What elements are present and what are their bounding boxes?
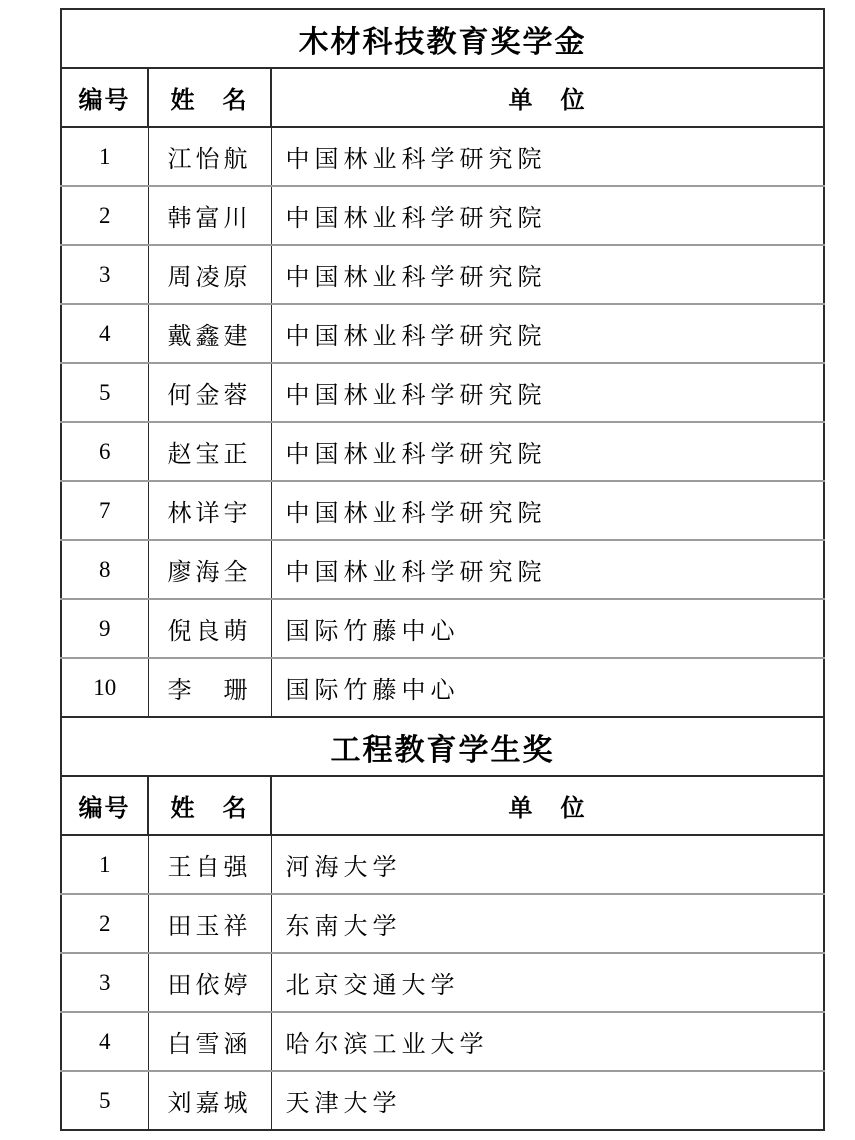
- cell-name: 白雪涵: [148, 1012, 271, 1071]
- cell-id: 1: [61, 835, 148, 894]
- column-header-row: 编号姓 名单 位: [61, 776, 824, 835]
- table-row: 1王自强河海大学: [61, 835, 824, 894]
- section-title-row: 木材科技教育奖学金: [61, 9, 824, 68]
- award-table-body: 木材科技教育奖学金编号姓 名单 位1江怡航中国林业科学研究院2韩富川中国林业科学…: [61, 9, 824, 1130]
- cell-name: 戴鑫建: [148, 304, 271, 363]
- column-header-name: 姓 名: [148, 776, 271, 835]
- cell-name: 田依婷: [148, 953, 271, 1012]
- cell-name: 刘嘉城: [148, 1071, 271, 1130]
- cell-unit: 中国林业科学研究院: [271, 422, 824, 481]
- section-title-row: 工程教育学生奖: [61, 717, 824, 776]
- cell-id: 2: [61, 186, 148, 245]
- cell-name: 王自强: [148, 835, 271, 894]
- cell-name: 林详宇: [148, 481, 271, 540]
- table-row: 5刘嘉城天津大学: [61, 1071, 824, 1130]
- table-row: 6赵宝正中国林业科学研究院: [61, 422, 824, 481]
- cell-unit: 国际竹藤中心: [271, 599, 824, 658]
- cell-name: 赵宝正: [148, 422, 271, 481]
- cell-id: 7: [61, 481, 148, 540]
- cell-name: 何金蓉: [148, 363, 271, 422]
- cell-id: 9: [61, 599, 148, 658]
- section-title: 工程教育学生奖: [61, 717, 824, 776]
- table-row: 7林详宇中国林业科学研究院: [61, 481, 824, 540]
- cell-id: 10: [61, 658, 148, 717]
- table-row: 8廖海全中国林业科学研究院: [61, 540, 824, 599]
- cell-unit: 河海大学: [271, 835, 824, 894]
- table-row: 4白雪涵哈尔滨工业大学: [61, 1012, 824, 1071]
- cell-unit: 中国林业科学研究院: [271, 127, 824, 186]
- cell-unit: 北京交通大学: [271, 953, 824, 1012]
- cell-name: 江怡航: [148, 127, 271, 186]
- table-row: 4戴鑫建中国林业科学研究院: [61, 304, 824, 363]
- cell-id: 5: [61, 1071, 148, 1130]
- cell-id: 3: [61, 245, 148, 304]
- cell-id: 6: [61, 422, 148, 481]
- column-header-row: 编号姓 名单 位: [61, 68, 824, 127]
- table-row: 10李 珊国际竹藤中心: [61, 658, 824, 717]
- cell-id: 3: [61, 953, 148, 1012]
- cell-unit: 中国林业科学研究院: [271, 186, 824, 245]
- cell-unit: 中国林业科学研究院: [271, 363, 824, 422]
- column-header-id: 编号: [61, 68, 148, 127]
- cell-name: 倪良萌: [148, 599, 271, 658]
- table-row: 1江怡航中国林业科学研究院: [61, 127, 824, 186]
- cell-unit: 哈尔滨工业大学: [271, 1012, 824, 1071]
- cell-name: 李 珊: [148, 658, 271, 717]
- section-title: 木材科技教育奖学金: [61, 9, 824, 68]
- table-row: 9倪良萌国际竹藤中心: [61, 599, 824, 658]
- cell-name: 韩富川: [148, 186, 271, 245]
- cell-id: 8: [61, 540, 148, 599]
- column-header-unit: 单 位: [271, 776, 824, 835]
- cell-unit: 中国林业科学研究院: [271, 540, 824, 599]
- table-row: 5何金蓉中国林业科学研究院: [61, 363, 824, 422]
- award-table: 木材科技教育奖学金编号姓 名单 位1江怡航中国林业科学研究院2韩富川中国林业科学…: [60, 8, 825, 1131]
- cell-unit: 国际竹藤中心: [271, 658, 824, 717]
- document-page: 木材科技教育奖学金编号姓 名单 位1江怡航中国林业科学研究院2韩富川中国林业科学…: [0, 0, 855, 1140]
- table-row: 2韩富川中国林业科学研究院: [61, 186, 824, 245]
- cell-id: 2: [61, 894, 148, 953]
- column-header-name: 姓 名: [148, 68, 271, 127]
- table-row: 3田依婷北京交通大学: [61, 953, 824, 1012]
- column-header-unit: 单 位: [271, 68, 824, 127]
- table-row: 2田玉祥东南大学: [61, 894, 824, 953]
- cell-unit: 中国林业科学研究院: [271, 481, 824, 540]
- column-header-id: 编号: [61, 776, 148, 835]
- cell-name: 田玉祥: [148, 894, 271, 953]
- cell-name: 周凌原: [148, 245, 271, 304]
- cell-unit: 天津大学: [271, 1071, 824, 1130]
- cell-unit: 东南大学: [271, 894, 824, 953]
- cell-id: 1: [61, 127, 148, 186]
- cell-name: 廖海全: [148, 540, 271, 599]
- cell-id: 4: [61, 304, 148, 363]
- cell-id: 5: [61, 363, 148, 422]
- cell-id: 4: [61, 1012, 148, 1071]
- cell-unit: 中国林业科学研究院: [271, 304, 824, 363]
- cell-unit: 中国林业科学研究院: [271, 245, 824, 304]
- table-row: 3周凌原中国林业科学研究院: [61, 245, 824, 304]
